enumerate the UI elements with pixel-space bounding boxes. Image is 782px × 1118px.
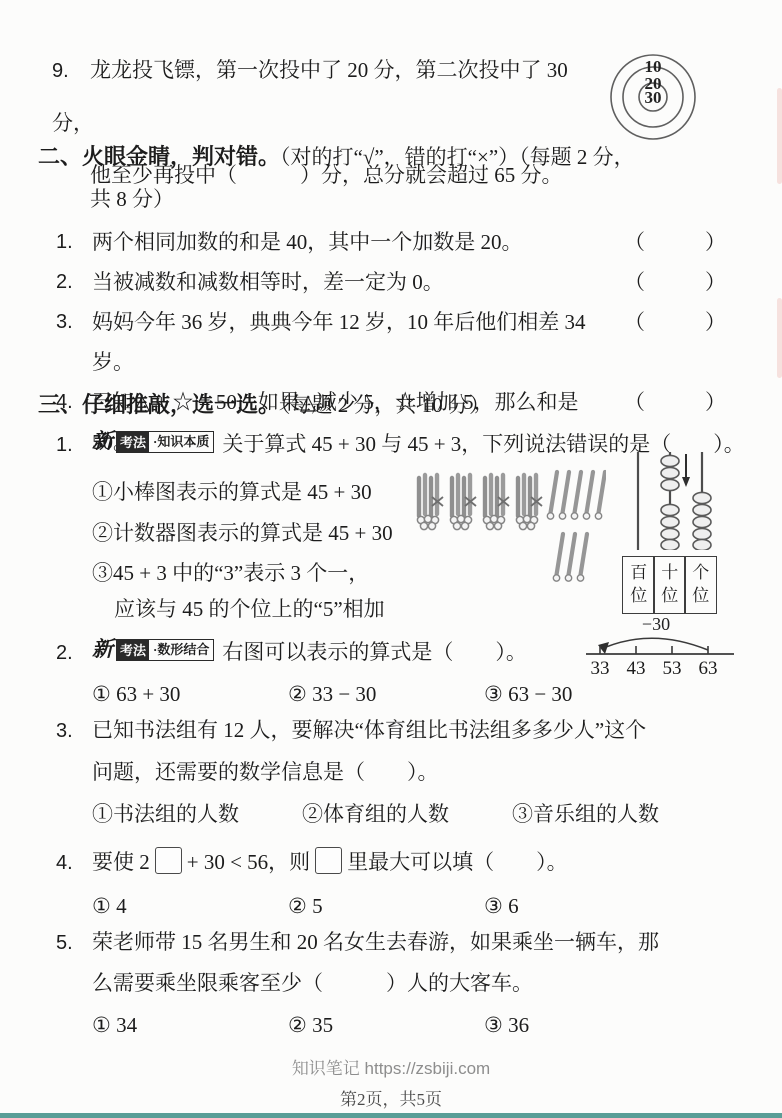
footer-page-indicator: 第2页，共5页 [0,1085,782,1110]
badge-xin: 新 [92,634,113,666]
tens-label: 十位 [660,562,679,608]
question-line: 2.新考法·数形结合右图可以表示的算式是（ ）。 [56,634,527,669]
judge-item-3: 3. 妈妈今年 36 岁，典典今年 12 岁，10 年后他们相差 34 岁。 （… [56,302,732,382]
question-text: 右图可以表示的算式是（ ）。 [222,640,527,664]
fill-in-square [315,847,342,874]
hundreds-label: 百位 [629,562,648,608]
bottom-accent-bar [0,1113,782,1118]
options-row: ①书法组的人数 ②体育组的人数 ③音乐组的人数 [92,798,659,830]
item-text: 当被减数和减数相等时，差一定为 0。 [92,262,444,302]
question-line: 5.荣老师带 15 名男生和 20 名女生去春游，如果乘坐一辆车，那 [56,926,659,959]
jump-label: −30 [642,616,670,634]
scan-smudge [777,298,782,378]
answer-blank: （ ） [624,222,732,262]
question-text: 已知书法组有 12 人，要解决“体育组比书法组多多少人”这个 [92,718,646,742]
option-1: ① 63 + 30 [92,678,288,710]
scan-smudge [777,88,782,184]
section-2-note: （对的打“√”，错的打“×”）（每题 2 分， [280,145,635,169]
number-line-illustration: −30 33 43 53 63 [584,616,736,680]
question-line: 4.要使 2+ 30 < 56，则里最大可以填（ ）。 [56,846,568,879]
option-2: ② 35 [288,1009,484,1041]
question-text-part2: + 30 < 56，则 [187,850,310,874]
badge-kaofa: 考法 [117,432,149,453]
choice-question-4: 4.要使 2+ 30 < 56，则里最大可以填（ ）。 ① 4 ② 5 ③ 6 [56,846,762,930]
badge-xin: 新 [92,426,113,458]
new-method-badge: 新考法·知识本质 [92,426,214,458]
badge-box: 考法·数形结合 [116,639,214,661]
option-2: ②计数器图表示的算式是 45 + 30 [56,517,393,549]
target-ring-30: 30 [645,88,662,107]
tick-33: 33 [591,658,610,679]
options-row: ① 63 + 30 ② 33 − 30 ③ 63 − 30 [92,678,572,710]
option-2: ② 5 [288,890,484,922]
option-3: ③45 + 3 中的“3”表示 3 个一， [56,557,369,589]
judge-item-2: 2. 当被减数和减数相等时，差一定为 0。 （ ） [56,262,732,302]
new-method-badge: 新考法·数形结合 [92,634,214,666]
section-3-header: 三、仔细推敲，选一选。（每题 2 分，共 10 分） [38,388,490,422]
fill-in-square [155,847,182,874]
option-1: ① 34 [92,1009,288,1041]
section-2-note-cont: 共 8 分） [90,184,174,214]
section-2-title: 二、火眼金睛，判对错。 [38,144,280,169]
hundreds-label-box: 百位 [622,556,655,614]
tick-53: 53 [663,658,682,679]
ones-label-box: 个位 [684,556,717,614]
option-1: ①小棒图表示的算式是 45 + 30 [56,476,372,508]
option-3: ③ 6 [484,890,519,922]
options-row: ① 34 ② 35 ③ 36 [92,1009,529,1041]
badge-topic: ·数形结合 [149,634,213,666]
footer-site-link[interactable]: 知识笔记 https://zsbiji.com [0,1054,782,1079]
question-number: 2. [56,637,92,669]
item-text: 两个相同加数的和是 40，其中一个加数是 20。 [92,222,523,262]
option-1: ① 4 [92,890,288,922]
option-2: ② 33 − 30 [288,678,484,710]
ones-label: 个位 [691,562,710,608]
question-line-cont: 问题，还需要的数学信息是（ ）。 [92,756,439,788]
badge-box: 考法·知识本质 [116,431,214,453]
question-text-part3: 里最大可以填（ ）。 [347,850,568,874]
question-number: 4. [56,847,92,879]
question-text-part1: 要使 2 [92,850,150,874]
tick-43: 43 [627,658,646,679]
tens-label-box: 十位 [653,556,686,614]
counter-rods-and-beads [622,452,718,550]
section-2-header: 二、火眼金睛，判对错。（对的打“√”，错的打“×”）（每题 2 分， [38,140,635,174]
question-line: 3.已知书法组有 12 人，要解决“体育组比书法组多多少人”这个 [56,714,646,747]
tick-63: 63 [699,658,718,679]
question-text: 荣老师带 15 名男生和 20 名女生去春游，如果乘坐一辆车，那 [92,930,659,954]
item-text: 妈妈今年 36 岁，典典今年 12 岁，10 年后他们相差 34 岁。 [92,302,624,382]
option-3: ③音乐组的人数 [512,798,659,830]
item-number: 1. [56,222,92,262]
choice-question-5: 5.荣老师带 15 名男生和 20 名女生去春游，如果乘坐一辆车，那 么需要乘坐… [56,926,762,1050]
badge-kaofa: 考法 [117,640,149,661]
question-number: 5. [56,927,92,959]
question-9: 9.龙龙投飞镖，第一次投中了 20 分，第二次投中了 30 分， 他至少再投中（… [52,44,612,201]
place-value-labels: 百位 十位 个位 [624,556,717,614]
question-number: 9. [52,45,90,97]
option-3: ③ 36 [484,1009,529,1041]
option-3: ③ 63 − 30 [484,678,572,710]
section-3-title: 三、仔细推敲，选一选。 [38,392,280,417]
option-3-cont: 应该与 45 的个位上的“5”相加 [114,593,385,625]
badge-topic: ·知识本质 [149,426,213,458]
option-2: ②体育组的人数 [302,798,512,830]
option-1: ①书法组的人数 [92,798,302,830]
answer-blank: （ ） [624,262,732,302]
question-line-cont: 么需要乘坐限乘客至少（ ）人的大客车。 [92,967,533,999]
dartboard-target-illustration: 10 20 30 [608,50,698,142]
counting-sticks-illustration [414,462,606,584]
choice-question-3: 3.已知书法组有 12 人，要解决“体育组比书法组多多少人”这个 问题，还需要的… [56,714,762,838]
judge-item-1: 1. 两个相同加数的和是 40，其中一个加数是 20。 （ ） [56,222,732,262]
question-number: 3. [56,715,92,747]
item-number: 3. [56,302,92,382]
question-number: 1. [56,429,92,461]
item-number: 2. [56,262,92,302]
question-line: 9.龙龙投飞镖，第一次投中了 20 分，第二次投中了 30 分， [52,44,612,149]
section-3-note: （每题 2 分，共 10 分） [280,393,490,417]
question-text: 龙龙投飞镖，第一次投中了 20 分，第二次投中了 30 分， [52,58,568,135]
choice-question-2: 2.新考法·数形结合右图可以表示的算式是（ ）。 −30 33 43 53 63… [56,634,762,714]
exam-paper-page: 9.龙龙投飞镖，第一次投中了 20 分，第二次投中了 30 分， 他至少再投中（… [0,0,782,1118]
options-row: ① 4 ② 5 ③ 6 [92,890,519,922]
place-value-counter-illustration: 百位 十位 个位 [622,452,718,614]
choice-question-1: 1.新考法·知识本质关于算式 45 + 30 与 45 + 3，下列说法错误的是… [56,426,762,626]
answer-blank: （ ） [624,302,732,382]
